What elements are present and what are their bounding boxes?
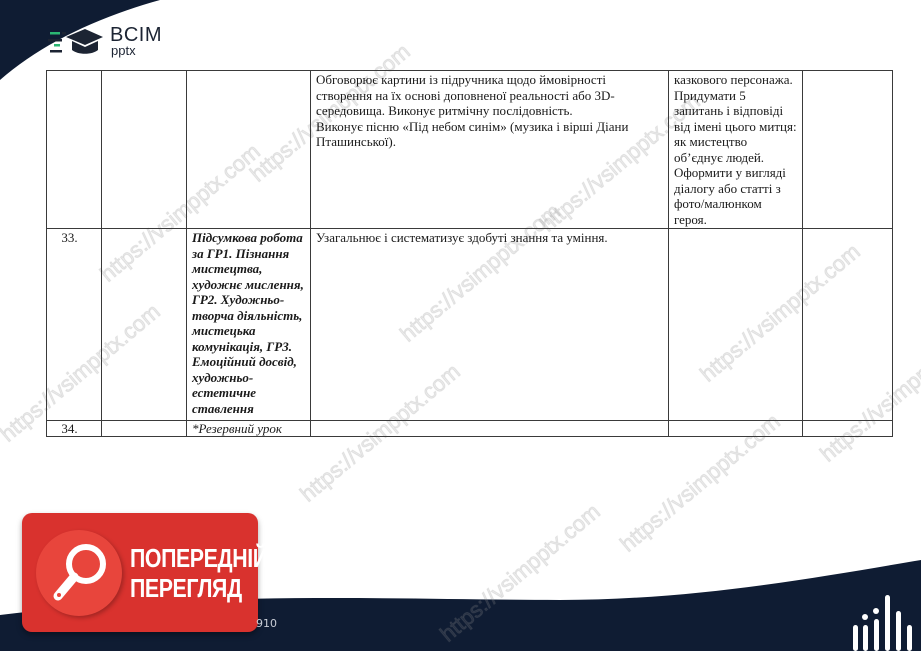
preview-button[interactable]: ПОПЕРЕДНІЙ ПЕРЕГЛЯД	[22, 513, 258, 632]
preview-line2: ПЕРЕГЛЯД	[130, 573, 268, 603]
lesson-activity: Обговорює картини із підручника щодо ймо…	[311, 71, 669, 229]
table-row: 34. *Резервний урок	[47, 421, 893, 437]
decorative-bars-icon	[848, 585, 921, 651]
lesson-number: 34.	[47, 421, 102, 437]
lesson-task: казкового персонажа. Придумати 5 запитан…	[669, 71, 803, 229]
table-row: Обговорює картини із підручника щодо ймо…	[47, 71, 893, 229]
lesson-topic	[187, 71, 311, 229]
brand-logo[interactable]: BCIM pptx	[48, 24, 162, 58]
graduation-cap-icon	[48, 26, 104, 56]
table-row: 33. Підсумкова робота за ГР1. Пізнання м…	[47, 229, 893, 421]
logo-brand: BCIM	[110, 25, 162, 45]
lesson-topic: Підсумкова робота за ГР1. Пізнання мисте…	[187, 229, 311, 421]
lesson-activity	[311, 421, 669, 437]
lesson-note	[803, 421, 893, 437]
lesson-topic: *Резервний урок	[187, 421, 311, 437]
lesson-note	[803, 229, 893, 421]
lesson-hours	[102, 229, 187, 421]
lesson-note	[803, 71, 893, 229]
logo-sub: pptx	[111, 44, 162, 57]
lesson-hours	[102, 71, 187, 229]
lesson-task	[669, 229, 803, 421]
lesson-activity: Узагальнює і систематизує здобуті знання…	[311, 229, 669, 421]
lesson-number	[47, 71, 102, 229]
footer-page-fragment: 910	[256, 617, 277, 630]
magnifier-icon	[36, 530, 122, 616]
preview-line1: ПОПЕРЕДНІЙ	[130, 543, 268, 573]
lesson-hours	[102, 421, 187, 437]
lesson-task	[669, 421, 803, 437]
lesson-plan-table: Обговорює картини із підручника щодо ймо…	[46, 70, 893, 437]
lesson-number: 33.	[47, 229, 102, 421]
